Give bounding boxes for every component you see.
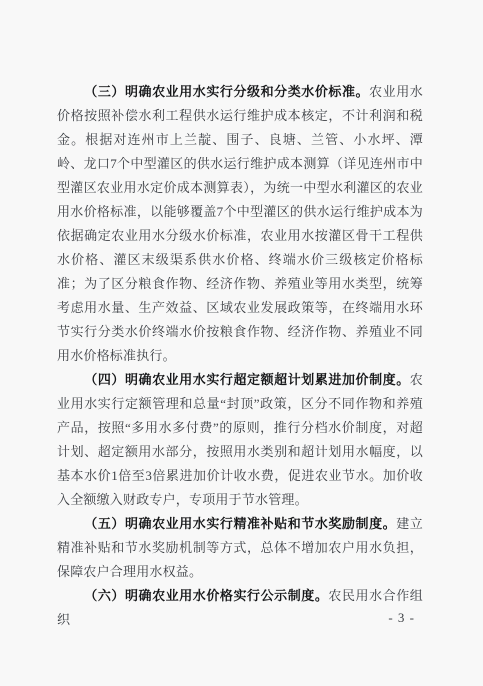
paragraph-heading: （四）明确农业用水实行超定额超计划累进加价制度。 xyxy=(84,372,410,387)
paragraph-text: 农业用水实行定额管理和总量“封顶”政策，区分不同作物和养殖产品，按照“多用水多付… xyxy=(57,372,423,507)
paragraph-heading: （六）明确农业用水价格实行公示制度。 xyxy=(84,588,328,603)
paragraph: （六）明确农业用水价格实行公示制度。农民用水合作组织 xyxy=(57,584,423,632)
paragraph-heading: （五）明确农业用水实行精准补贴和节水奖励制度。 xyxy=(84,516,396,531)
paragraph: （四）明确农业用水实行超定额超计划累进加价制度。农业用水实行定额管理和总量“封顶… xyxy=(57,368,423,512)
paragraph: （三）明确农业用水实行分级和分类水价标准。农业用水价格按照补偿水利工程供水运行维… xyxy=(57,80,423,368)
page-number: - 3 - xyxy=(388,610,415,626)
document-page: （三）明确农业用水实行分级和分类水价标准。农业用水价格按照补偿水利工程供水运行维… xyxy=(0,0,483,686)
paragraph-text: 农业用水价格按照补偿水利工程供水运行维护成本核定，不计利润和税金。根据对连州市上… xyxy=(57,84,423,363)
document-body: （三）明确农业用水实行分级和分类水价标准。农业用水价格按照补偿水利工程供水运行维… xyxy=(57,80,423,632)
paragraph: （五）明确农业用水实行精准补贴和节水奖励制度。建立精准补贴和节水奖励机制等方式，… xyxy=(57,512,423,584)
paragraph-heading: （三）明确农业用水实行分级和分类水价标准。 xyxy=(84,84,369,99)
